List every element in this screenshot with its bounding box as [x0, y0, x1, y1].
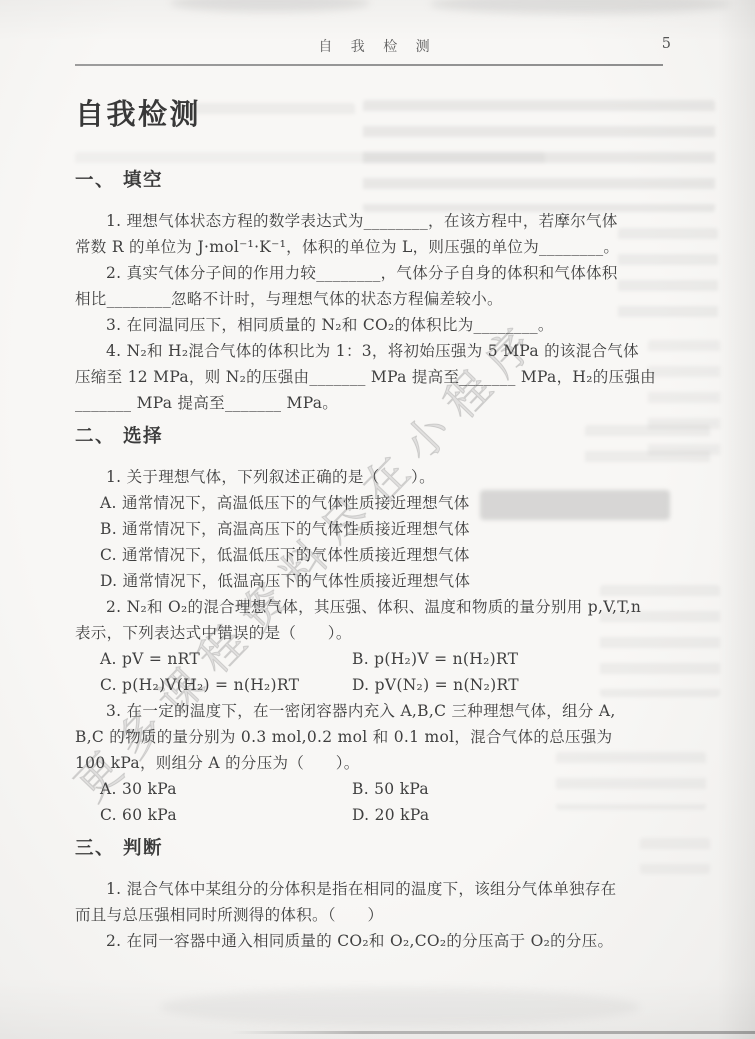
choice-q1-option-c: C. 通常情况下，低温低压下的气体性质接近理想气体 — [75, 542, 663, 568]
scan-smudge-top-left — [170, 0, 370, 12]
choice-q3-option-b: B. 50 kPa — [352, 776, 429, 802]
choice-q3-option-a: A. 30 kPa — [100, 776, 352, 802]
fill-q4-line3: _______ MPa 提高至_______ MPa。 — [75, 390, 663, 416]
choice-q3-options-row2: C. 60 kPa D. 20 kPa — [75, 802, 663, 828]
choice-q3-options-row1: A. 30 kPa B. 50 kPa — [75, 776, 663, 802]
section-heading-choice: 二、 选择 — [75, 424, 663, 450]
choice-q3-option-d: D. 20 kPa — [352, 802, 429, 828]
fill-q2-line1: 2. 真实气体分子间的作用力较________，气体分子自身的体积和气体体积 — [75, 260, 663, 286]
fill-q3-line1: 3. 在同温同压下，相同质量的 N₂和 CO₂的体积比为________。 — [75, 312, 663, 338]
choice-q1-option-a: A. 通常情况下，高温低压下的气体性质接近理想气体 — [75, 490, 663, 516]
choice-q2-stem-line2: 表示，下列表达式中错误的是（ ）。 — [75, 620, 663, 646]
choice-q2-option-b: B. p(H₂)V = n(H₂)RT — [352, 646, 518, 672]
scan-smudge-top-right — [430, 0, 730, 14]
page-number: 5 — [662, 36, 671, 52]
judge-q1-line2: 而且与总压强相同时所测得的体积。（ ） — [75, 902, 663, 928]
choice-q2-stem-line1: 2. N₂和 O₂的混合理想气体，其压强、体积、温度和物质的量分别用 p,V,T… — [75, 594, 663, 620]
page-title: 自我检测 — [75, 92, 201, 133]
choice-q1-option-b: B. 通常情况下，高温高压下的气体性质接近理想气体 — [75, 516, 663, 542]
choice-q2-options-row2: C. p(H₂)V(H₂) = n(H₂)RT D. pV(N₂) = n(N₂… — [75, 672, 663, 698]
choice-q3-stem-line3: 100 kPa，则组分 A 的分压为（ ）。 — [75, 750, 663, 776]
fill-q1-line2: 常数 R 的单位为 J·mol⁻¹·K⁻¹，体积的单位为 L，则压强的单位为__… — [75, 234, 663, 260]
page-edge-shadow — [230, 1031, 755, 1034]
choice-q3-option-c: C. 60 kPa — [100, 802, 352, 828]
fill-q1-line1: 1. 理想气体状态方程的数学表达式为________，在该方程中，若摩尔气体 — [75, 208, 663, 234]
judge-q2-line1: 2. 在同一容器中通入相同质量的 CO₂和 O₂,CO₂的分压高于 O₂的分压。 — [75, 928, 663, 954]
scanned-textbook-page: 自 我 检 测 5 自我检测 更多课程资料尽在小程序 一、 填空 1. 理想气体… — [0, 0, 755, 1039]
choice-q3-stem-line2: B,C 的物质的量分别为 0.3 mol,0.2 mol 和 0.1 mol，混… — [75, 724, 663, 750]
section-heading-judge: 三、 判断 — [75, 836, 663, 862]
judge-q1-line1: 1. 混合气体中某组分的分体积是指在相同的温度下，该组分气体单独存在 — [75, 876, 663, 902]
scan-smudge-bottom — [160, 988, 640, 1026]
choice-q2-option-a: A. pV = nRT — [100, 646, 352, 672]
fill-q4-line2: 压缩至 12 MPa，则 N₂的压强由_______ MPa 提高至______… — [75, 364, 663, 390]
running-head-title: 自 我 检 测 — [0, 36, 755, 56]
choice-q1-stem: 1. 关于理想气体，下列叙述正确的是（ ）。 — [75, 464, 663, 490]
fill-q4-line1: 4. N₂和 H₂混合气体的体积比为 1：3，将初始压强为 5 MPa 的该混合… — [75, 338, 663, 364]
choice-q2-option-c: C. p(H₂)V(H₂) = n(H₂)RT — [100, 672, 352, 698]
bleed-through-block — [195, 103, 355, 127]
running-head: 自 我 检 测 5 — [0, 36, 755, 56]
section-heading-fill: 一、 填空 — [75, 168, 663, 194]
header-rule — [75, 64, 663, 66]
choice-q2-option-d: D. pV(N₂) = n(N₂)RT — [352, 672, 519, 698]
choice-q1-option-d: D. 通常情况下，低温高压下的气体性质接近理想气体 — [75, 568, 663, 594]
fill-q2-line2: 相比________忽略不计时，与理想气体的状态方程偏差较小。 — [75, 286, 663, 312]
choice-q3-stem-line1: 3. 在一定的温度下，在一密闭容器内充入 A,B,C 三种理想气体，组分 A, — [75, 698, 663, 724]
content-column: 一、 填空 1. 理想气体状态方程的数学表达式为________，在该方程中，若… — [75, 168, 663, 954]
choice-q2-options-row1: A. pV = nRT B. p(H₂)V = n(H₂)RT — [75, 646, 663, 672]
